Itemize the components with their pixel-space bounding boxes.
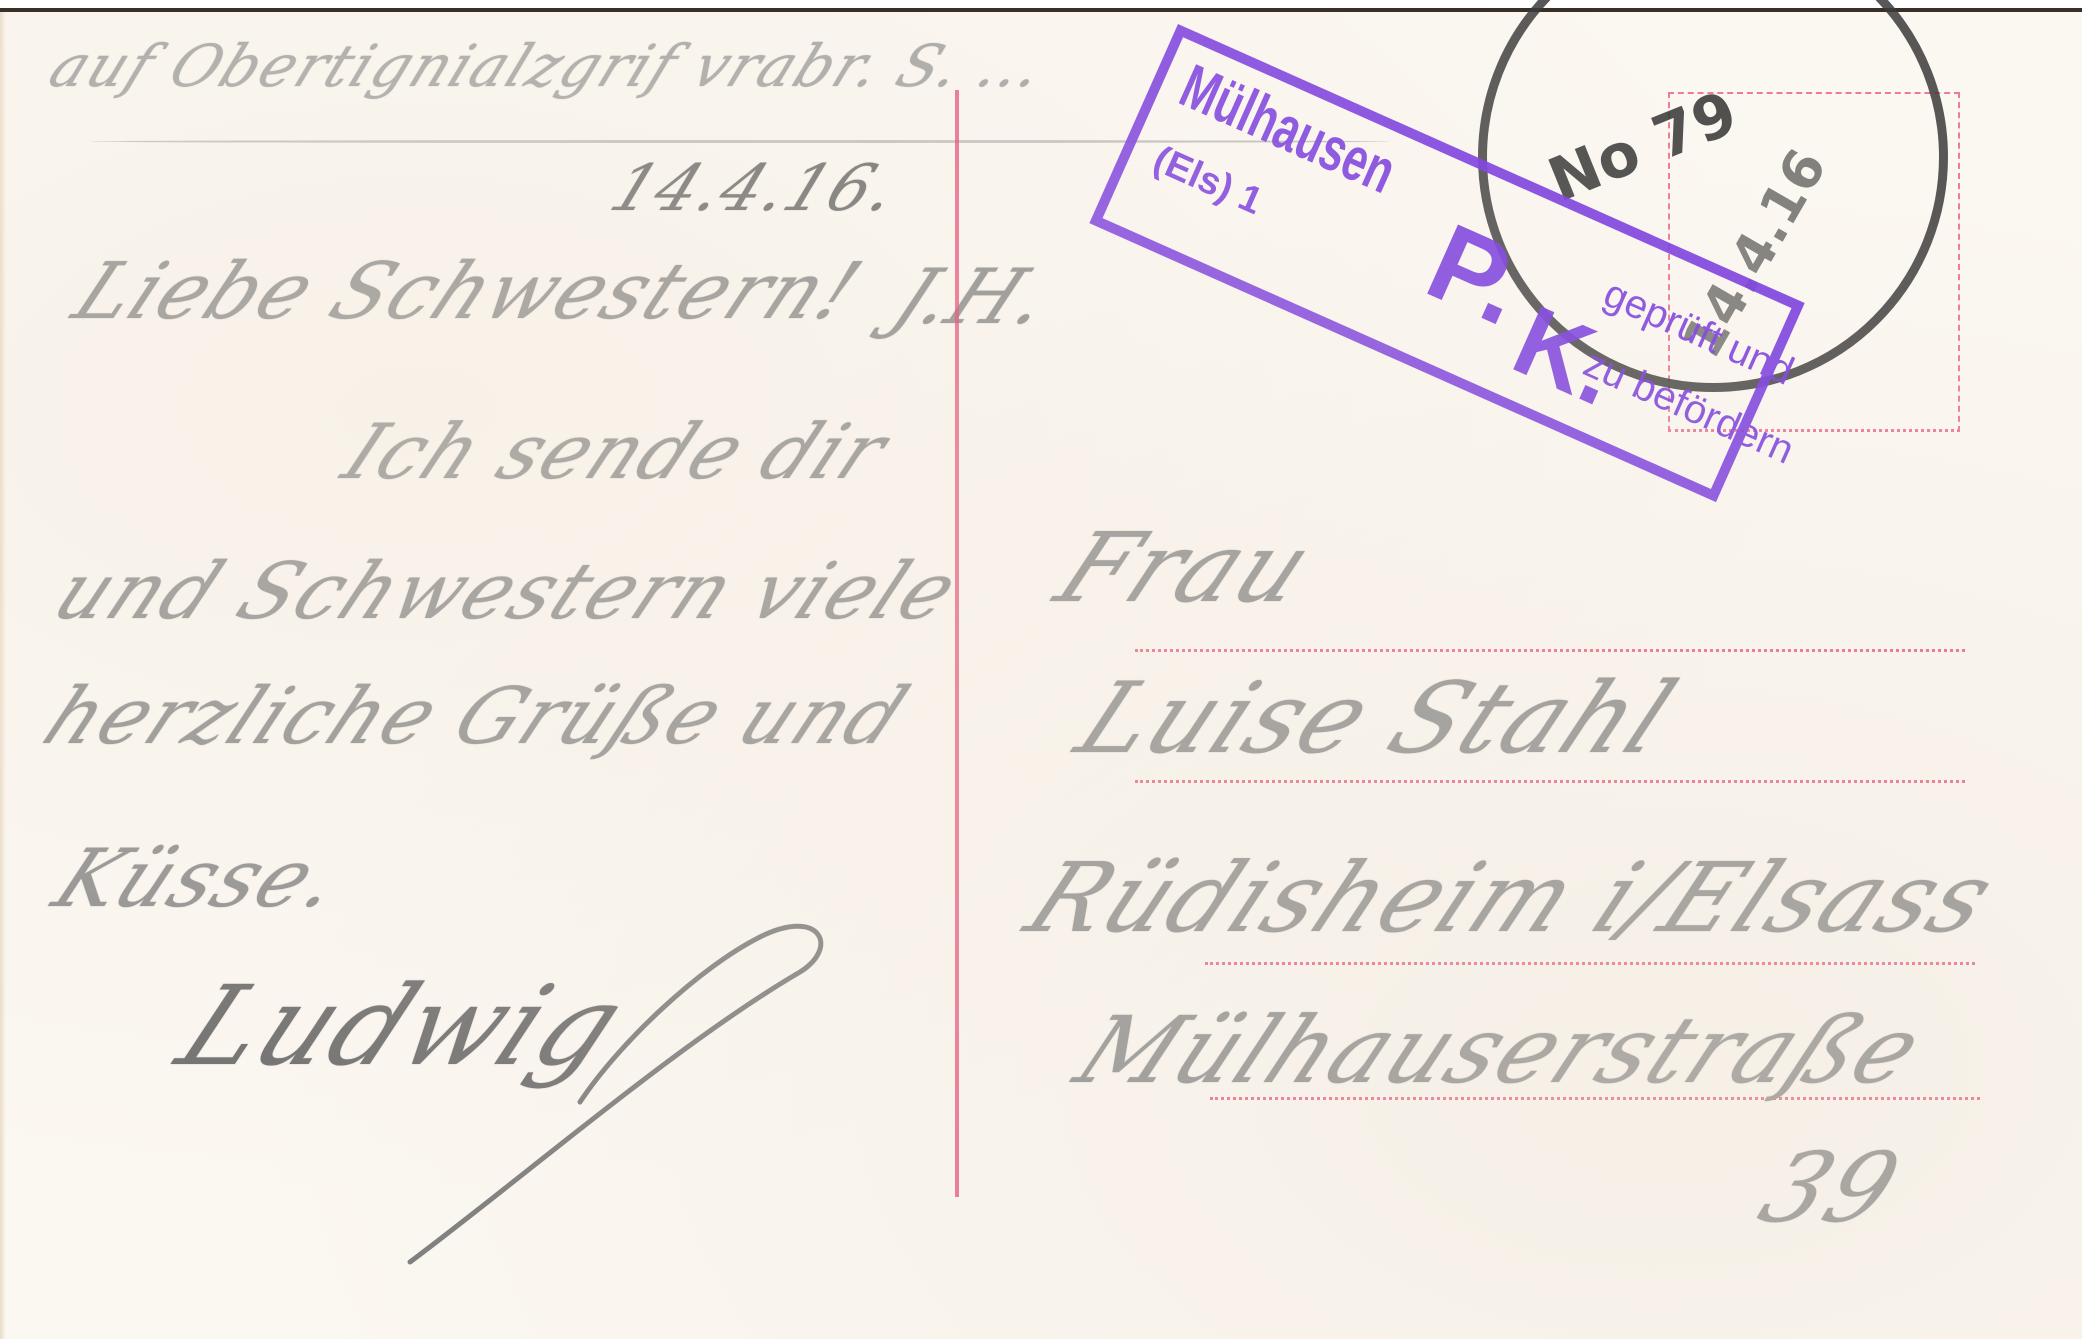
signature-flourish [380,842,860,1282]
salutation: Liebe Schwestern! [60,247,876,337]
message-date: 14.4.16. [600,152,911,226]
address-rule-3 [1205,962,1975,965]
card-edge [0,12,6,1339]
address-line-3: Rüdisheim i/Elsass [1010,842,2014,954]
postcard: auf Obertignialzgrif vrabr. S. ... 14.4.… [0,8,2082,1339]
address-line-5: 39 [1745,1132,1916,1244]
salutation-suffix: J.H. [880,252,1069,341]
message-line-2: und Schwestern viele [40,547,974,637]
header-line: auf Obertignialzgrif vrabr. S. ... [40,32,1056,100]
address-line-4: Mülhauserstraße [1060,997,1941,1104]
address-line-1: Frau [1040,512,1332,624]
address-rule-2 [1135,780,1965,783]
address-line-2: Luise Stahl [1060,662,1694,776]
message-line-4: Küsse. [40,832,360,925]
center-divider [955,90,959,1197]
message-line-3: herzliche Grüße und [30,672,923,762]
message-line-1: Ich sende dir [330,407,903,496]
address-rule-1 [1135,649,1965,652]
